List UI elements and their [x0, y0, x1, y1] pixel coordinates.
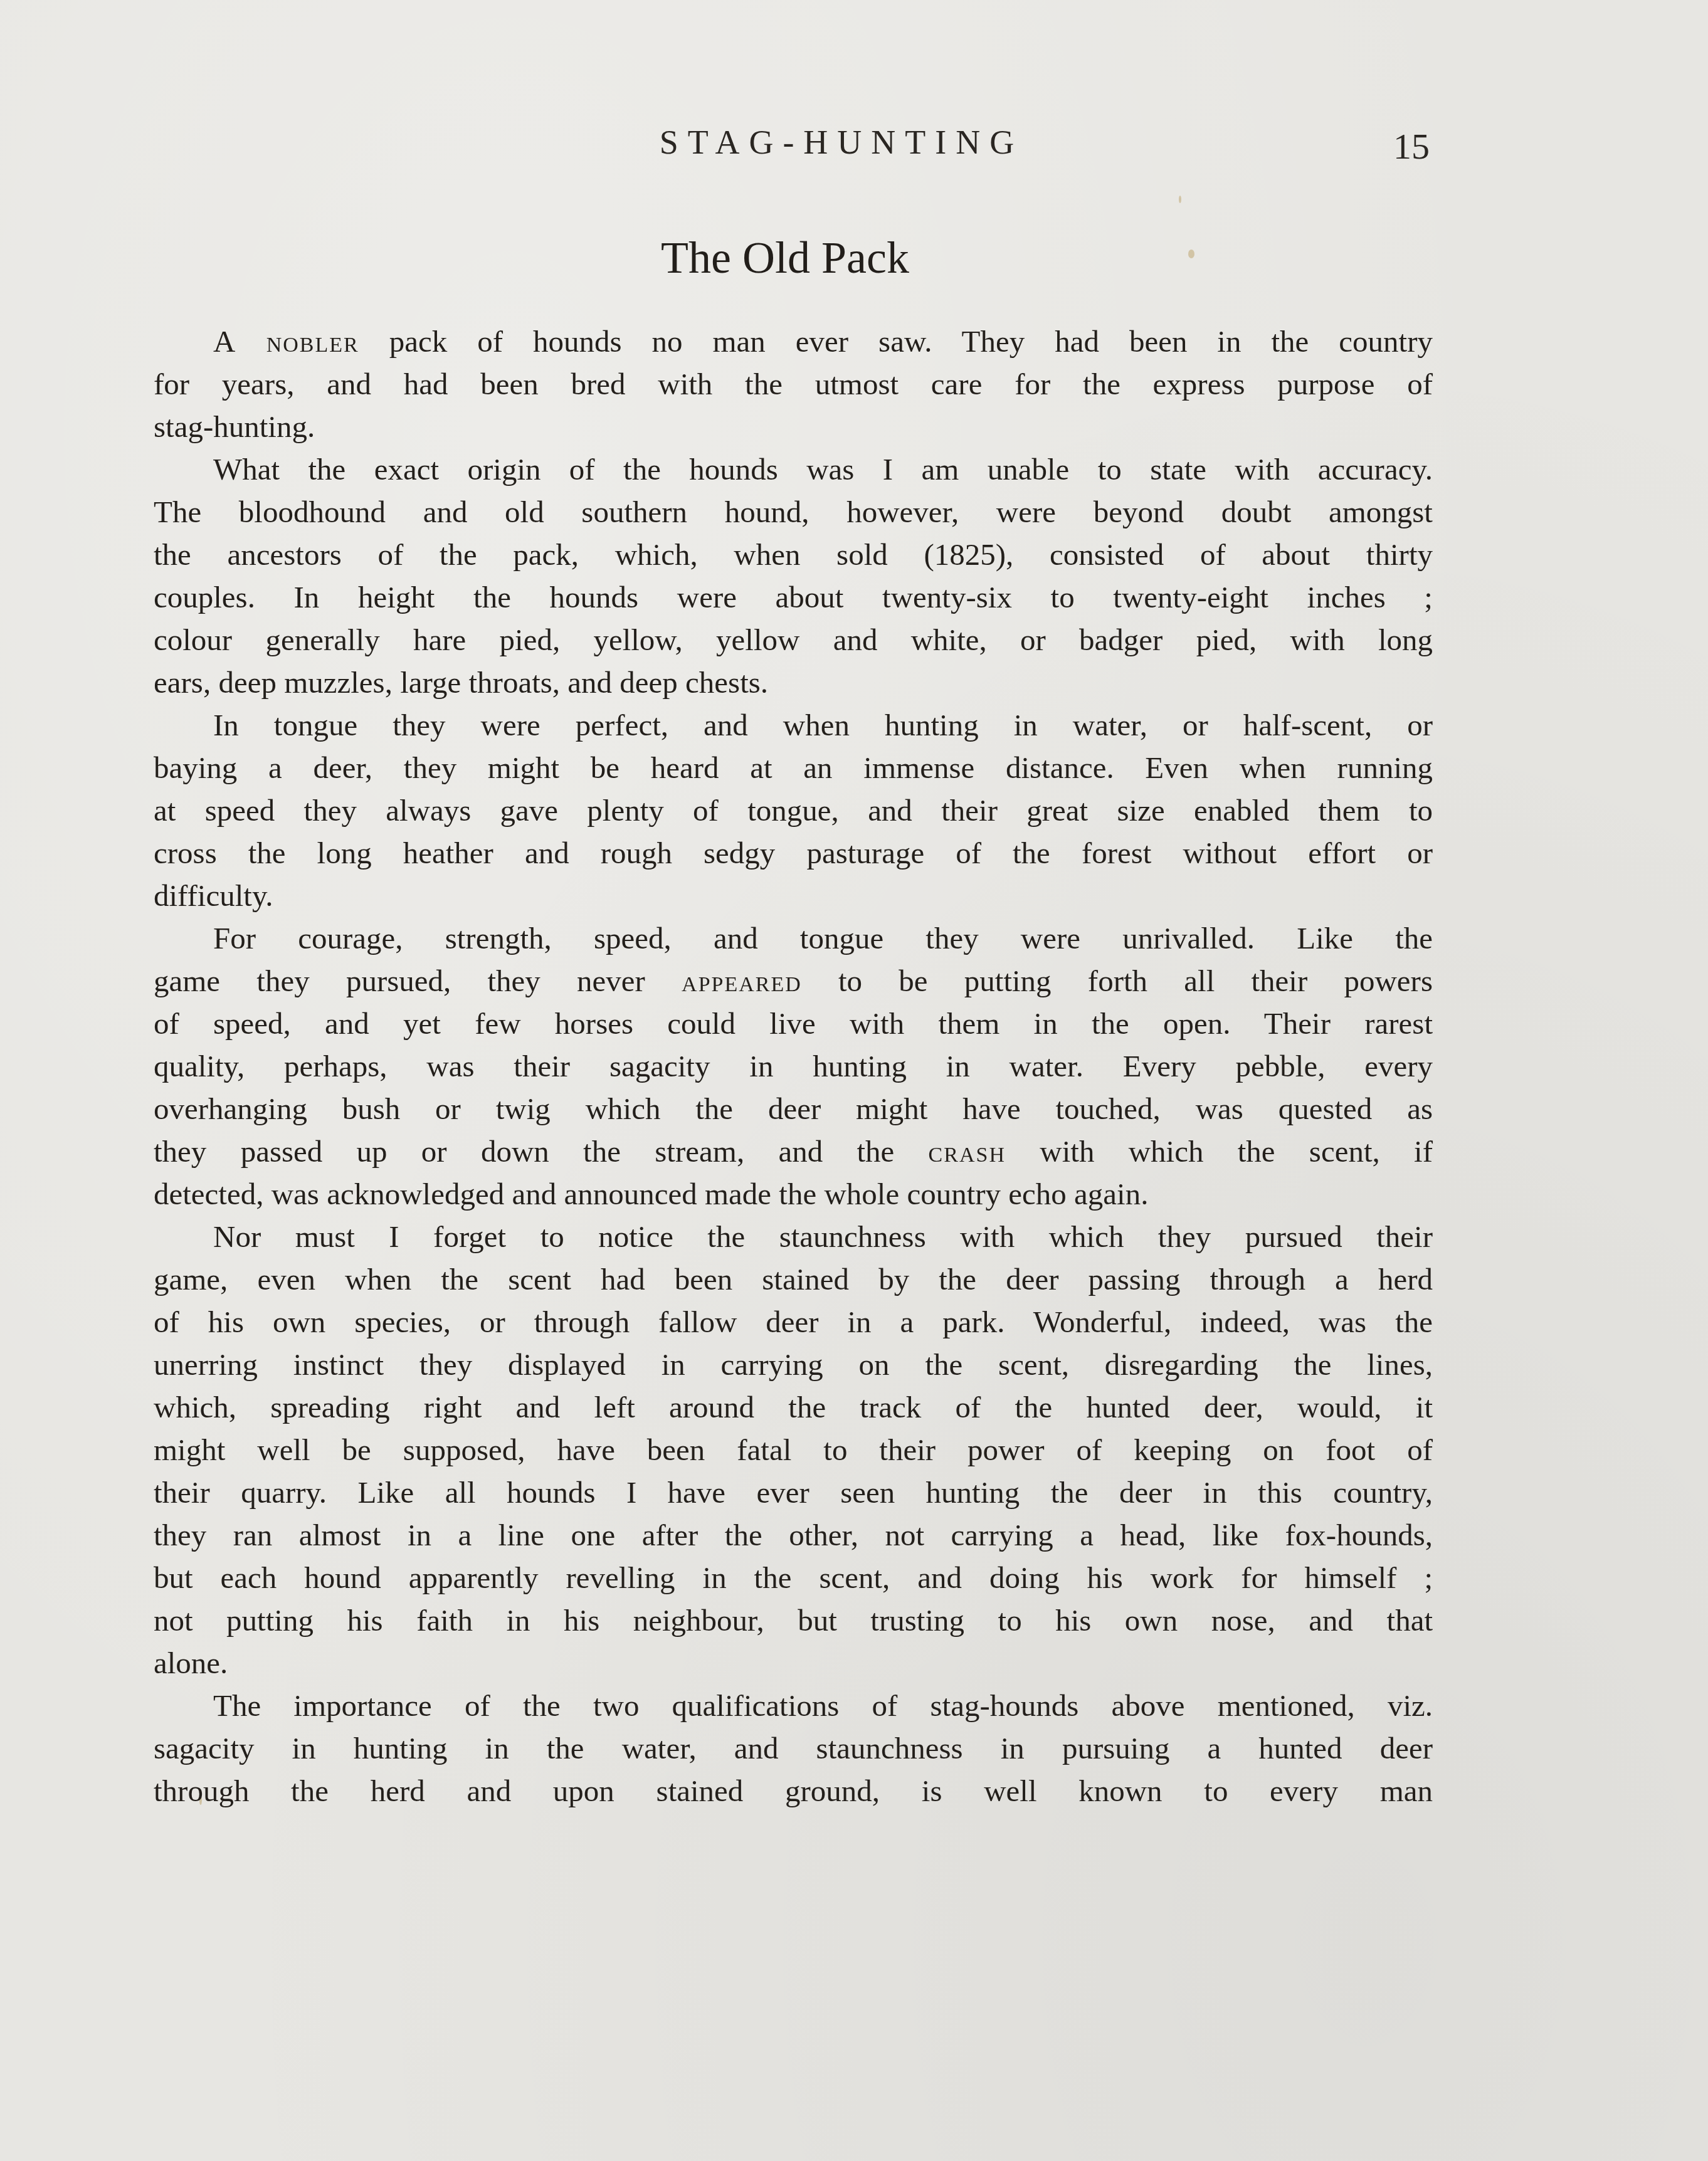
line-text: which, spreading right and left around t…	[154, 1390, 1433, 1424]
line-text: What the exact origin of the hounds was …	[213, 452, 1433, 486]
text-line: detected, was acknowledged and announced…	[154, 1175, 1433, 1213]
line-text: cross the long heather and rough sedgy p…	[154, 836, 1433, 870]
line-text: but each hound apparently revelling in t…	[154, 1560, 1433, 1595]
text-line: not putting his faith in his neighbour, …	[154, 1602, 1433, 1639]
text-line: through the herd and upon stained ground…	[154, 1772, 1433, 1810]
text-line: A nobler pack of hounds no man ever saw.…	[213, 323, 1433, 360]
text-line: overhanging bush or twig which the deer …	[154, 1090, 1433, 1128]
line-text: game, even when the scent had been stain…	[154, 1262, 1433, 1296]
text-line: The bloodhound and old southern hound, h…	[154, 493, 1433, 531]
text-line: colour generally hare pied, yellow, yell…	[154, 621, 1433, 659]
line-text: not putting his faith in his neighbour, …	[154, 1603, 1433, 1638]
line-text: their quarry. Like all hounds I have eve…	[154, 1475, 1433, 1510]
text-line: Nor must I forget to notice the staunchn…	[213, 1218, 1433, 1256]
small-caps-word: A nobler	[213, 324, 359, 359]
text-line: stag-hunting.	[154, 408, 1433, 446]
line-text: quality, perhaps, was their sagacity in …	[154, 1049, 1433, 1083]
running-head-text: STAG-HUNTING	[660, 124, 1024, 161]
line-text: through the herd and upon stained ground…	[154, 1774, 1433, 1808]
line-text: Nor must I forget to notice the staunchn…	[213, 1219, 1433, 1254]
text-line: they ran almost in a line one after the …	[154, 1517, 1433, 1554]
line-text: pack of hounds no man ever saw. They had…	[359, 324, 1433, 359]
text-line: at speed they always gave plenty of tong…	[154, 792, 1433, 829]
text-line: unerring instinct they displayed in carr…	[154, 1346, 1433, 1384]
chapter-title-text: The Old Pack	[661, 233, 909, 283]
line-text: couples. In height the hounds were about…	[154, 580, 1433, 614]
text-line: game they pursued, they never appeared t…	[154, 962, 1433, 1000]
text-line: ears, deep muzzles, large throats, and d…	[154, 664, 1433, 702]
line-text: stag-hunting.	[154, 409, 315, 444]
line-text: ears, deep muzzles, large throats, and d…	[154, 665, 768, 700]
line-text: difficulty.	[154, 878, 273, 913]
text-line: sagacity in hunting in the water, and st…	[154, 1730, 1433, 1767]
text-line: of speed, and yet few horses could live …	[154, 1005, 1433, 1043]
line-text: detected, was acknowledged and announced…	[154, 1177, 1148, 1211]
text-line: which, spreading right and left around t…	[154, 1389, 1433, 1426]
text-line: In tongue they were perfect, and when hu…	[213, 707, 1433, 744]
text-line: for years, and had been bred with the ut…	[154, 365, 1433, 403]
line-text: the ancestors of the pack, which, when s…	[154, 537, 1433, 572]
line-text: alone.	[154, 1646, 228, 1680]
line-text: For courage, strength, speed, and tongue…	[213, 921, 1433, 955]
text-line: quality, perhaps, was their sagacity in …	[154, 1048, 1433, 1085]
line-text: they ran almost in a line one after the …	[154, 1518, 1433, 1552]
line-text: to be putting forth all their powers	[802, 964, 1433, 998]
line-text: baying a deer, they might be heard at an…	[154, 750, 1433, 785]
line-text: at speed they always gave plenty of tong…	[154, 793, 1433, 828]
line-text: overhanging bush or twig which the deer …	[154, 1091, 1433, 1126]
text-line: difficulty.	[154, 877, 1433, 915]
line-text: sagacity in hunting in the water, and st…	[154, 1731, 1433, 1765]
paper-foxing-spot	[1179, 196, 1181, 203]
text-line: What the exact origin of the hounds was …	[213, 451, 1433, 488]
text-line: they passed up or down the stream, and t…	[154, 1133, 1433, 1170]
text-line: the ancestors of the pack, which, when s…	[154, 536, 1433, 574]
running-head: STAG-HUNTING	[0, 123, 1708, 162]
text-line: their quarry. Like all hounds I have eve…	[154, 1474, 1433, 1512]
small-caps-word: crash	[929, 1134, 1006, 1169]
text-line: of his own species, or through fallow de…	[154, 1303, 1433, 1341]
line-text: they passed up or down the stream, and t…	[154, 1134, 929, 1169]
text-line: baying a deer, they might be heard at an…	[154, 749, 1433, 787]
chapter-title: The Old Pack	[0, 232, 1708, 284]
text-line: might well be supposed, have been fatal …	[154, 1431, 1433, 1469]
line-text: might well be supposed, have been fatal …	[154, 1433, 1433, 1467]
line-text: unerring instinct they displayed in carr…	[154, 1347, 1433, 1382]
text-line: but each hound apparently revelling in t…	[154, 1559, 1433, 1597]
line-text: colour generally hare pied, yellow, yell…	[154, 623, 1433, 657]
line-text: of his own species, or through fallow de…	[154, 1305, 1433, 1339]
small-caps-word: appeared	[682, 964, 802, 998]
text-line: For courage, strength, speed, and tongue…	[213, 920, 1433, 957]
line-text: In tongue they were perfect, and when hu…	[213, 708, 1433, 742]
line-text: of speed, and yet few horses could live …	[154, 1006, 1433, 1041]
line-text: game they pursued, they never	[154, 964, 682, 998]
text-line: cross the long heather and rough sedgy p…	[154, 834, 1433, 872]
line-text: for years, and had been bred with the ut…	[154, 367, 1433, 401]
text-line: couples. In height the hounds were about…	[154, 579, 1433, 616]
line-text: The importance of the two qualifications…	[213, 1688, 1433, 1723]
page-number: 15	[1393, 125, 1430, 167]
text-line: The importance of the two qualifications…	[213, 1687, 1433, 1725]
line-text: The bloodhound and old southern hound, h…	[154, 495, 1433, 529]
line-text: with which the scent, if	[1006, 1134, 1433, 1169]
text-line: game, even when the scent had been stain…	[154, 1261, 1433, 1298]
text-line: alone.	[154, 1644, 1433, 1682]
